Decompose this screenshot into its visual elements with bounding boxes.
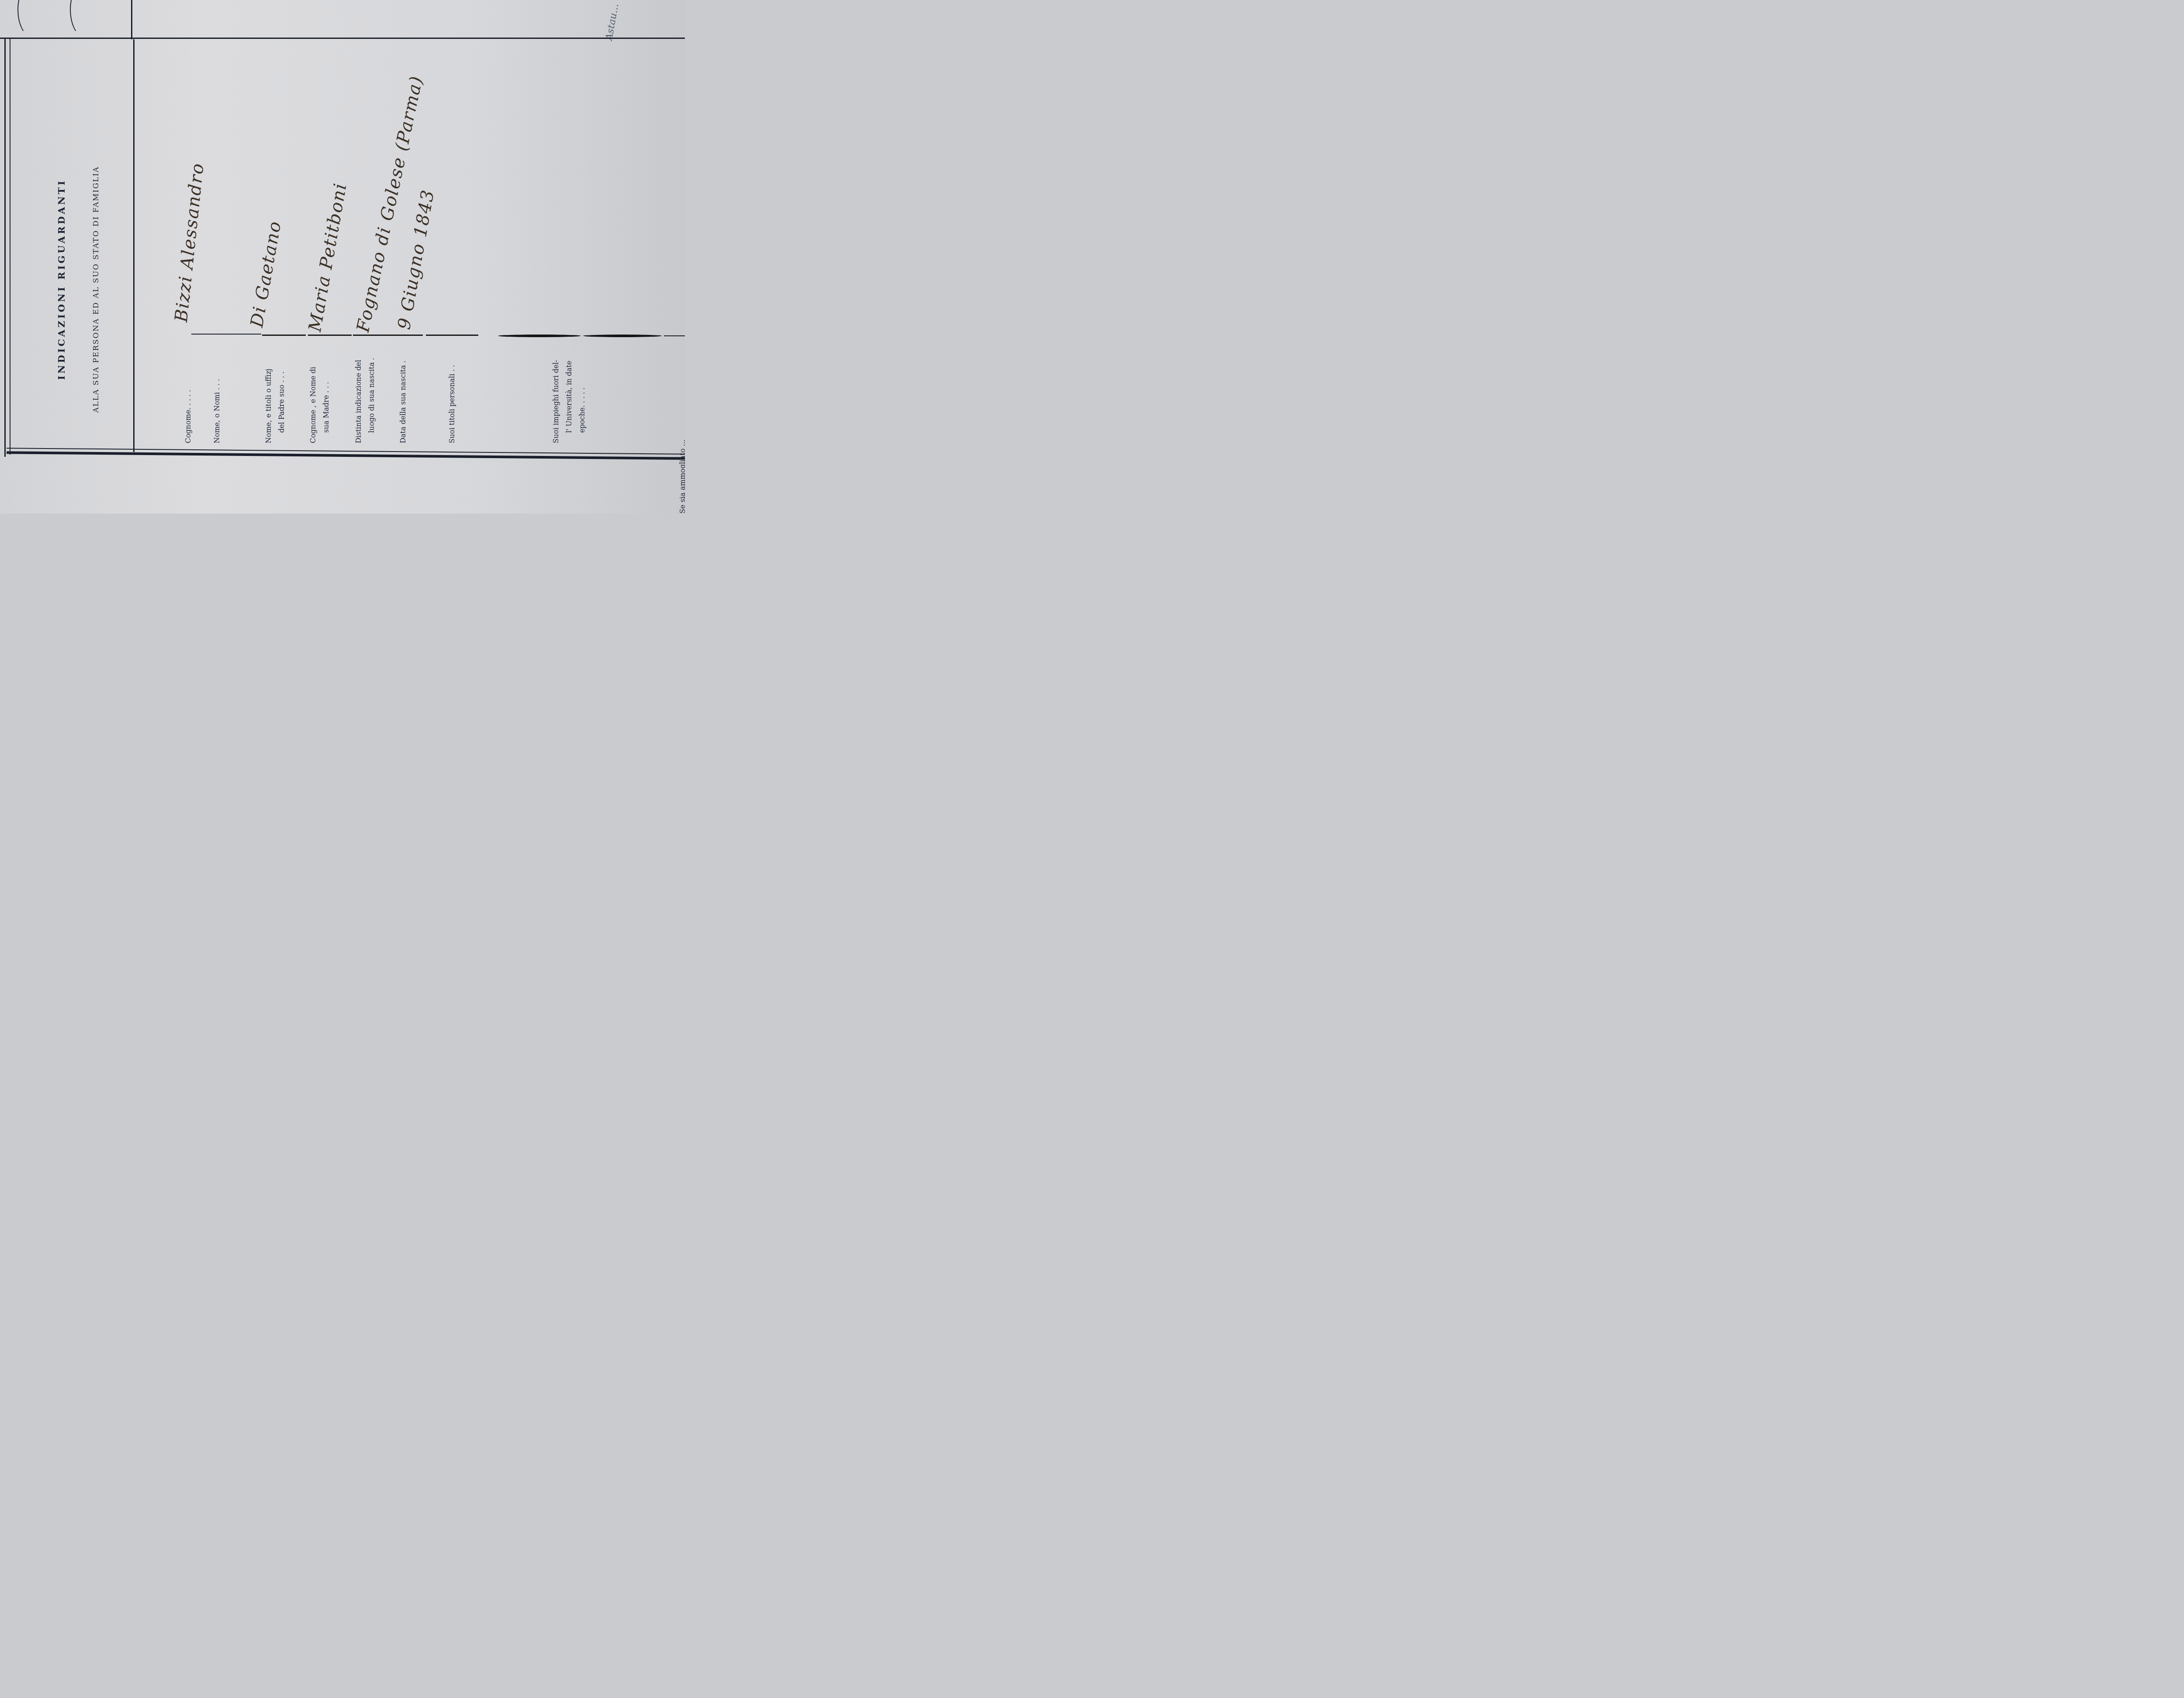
- label-cognome: Cognome. . . . .: [182, 390, 195, 443]
- decorative-arc: [17, 0, 45, 37]
- form-left-border-inner: [10, 38, 10, 455]
- document-page: Astau… INDICAZIONI RIGUARDANTI ALLA SUA …: [0, 0, 685, 514]
- brace-separator-large: [498, 335, 581, 337]
- brace-separator-large: [583, 335, 662, 337]
- field-cognome-nome[interactable]: Bizzi Alessandro: [171, 162, 208, 323]
- label-impieghi: Suoi impieghi fuori del- l' Università, …: [549, 360, 589, 443]
- field-madre[interactable]: Maria Petitboni: [305, 181, 351, 333]
- label-madre: Cognome , e Nome di sua Madre . . .: [307, 367, 333, 443]
- decorative-arc: [70, 0, 98, 37]
- top-divider: [131, 0, 132, 39]
- form-left-border: [4, 38, 6, 457]
- form-heading: INDICAZIONI RIGUARDANTI: [56, 179, 67, 380]
- form-subheading: ALLA SUA PERSONA ED AL SUO STATO DI FAMI…: [92, 166, 100, 413]
- label-nome: Nome, o Nomi . . .: [211, 379, 224, 443]
- field-padre[interactable]: Di Gaetano: [247, 219, 285, 329]
- field-data-nascita[interactable]: 9 Giugno 1843: [394, 188, 439, 331]
- label-titoli: Suoi titoli personali . .: [446, 365, 459, 443]
- field-separator: [191, 334, 261, 335]
- header-divider: [133, 39, 135, 452]
- label-luogo-nascita: Distinta indicazione del luogo di sua na…: [352, 358, 378, 443]
- form-top-rule: [0, 38, 685, 39]
- brace-separator: [426, 335, 478, 336]
- label-padre: Nome, e titoli o uffizj del Padre suo . …: [262, 369, 288, 443]
- label-ammogliato: Se sia ammogliato …: [676, 439, 685, 514]
- corner-note: Astau…: [604, 3, 621, 41]
- brace-separator: [353, 335, 423, 336]
- brace-separator: [308, 335, 352, 336]
- brace-separator: [262, 335, 306, 336]
- label-data-nascita: Data della sua nascita .: [397, 361, 410, 443]
- field-separator: [664, 335, 685, 336]
